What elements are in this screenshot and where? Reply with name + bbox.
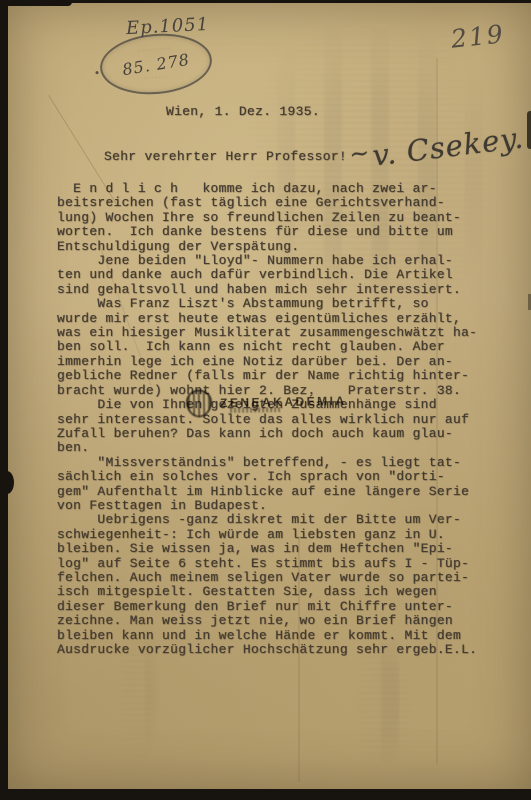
stamp-arc-text: ·······: [144, 74, 170, 81]
letter-body: E n d l i c h komme ich dazu, nach zwei …: [57, 182, 477, 657]
scan-edge-top: [0, 0, 72, 6]
scan-edge-notch: [0, 471, 14, 494]
scan-edge-bottom: [0, 789, 531, 800]
scan-edge-mark: [527, 111, 531, 149]
signature-flourish: ∼: [348, 138, 372, 168]
scan-edge-top: [0, 0, 531, 3]
page-number: 219: [450, 19, 506, 53]
salutation: Sehr verehrter Herr Professor!: [104, 149, 347, 164]
dateline: Wien, 1. Dez. 1935.: [166, 104, 320, 119]
scanned-letter-page: Ep.1051 ········· 85. 278 ······· 219 Wi…: [0, 0, 531, 800]
scan-edge-left: [0, 0, 8, 800]
